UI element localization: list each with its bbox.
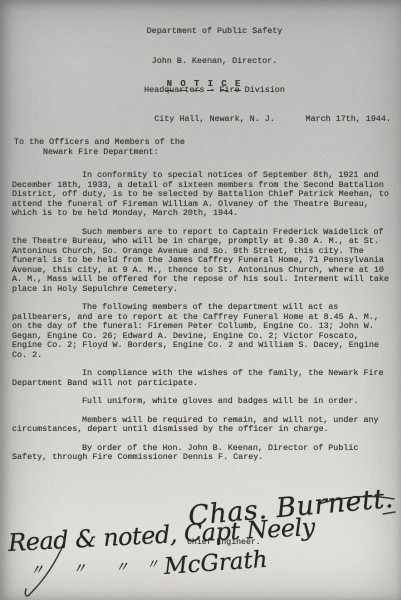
document-page: Department of Public Safety John B. Keen… (0, 0, 401, 600)
mcgrath-name: McGrath (163, 547, 268, 580)
notice-body: In conformity to special notices of Sept… (12, 171, 393, 472)
salutation-line-2: Newark Fire Department: (14, 148, 185, 158)
paragraph-band: In compliance with the wishes of the fam… (12, 369, 393, 388)
mcgrath-signature: 〃McGrath (145, 546, 268, 581)
paragraph-pallbearers: The following members of the department … (12, 303, 393, 360)
letterhead-line-2: John B. Keenan, Director. (28, 57, 401, 67)
mcgrath-ditto-mark: 〃 (145, 557, 159, 573)
ditto-marks: 〃 〃 〃 (30, 556, 142, 580)
notice-title: NOTICE (0, 79, 401, 91)
salutation: To the Officers and Members of the Newar… (14, 138, 185, 158)
notice-title-text: NOTICE (163, 79, 245, 89)
date-line: March 17th, 1944. (306, 114, 391, 124)
paragraph-detail-order: In conformity to special notices of Sept… (12, 171, 393, 219)
paragraph-by-order: By order of the Hon. John B. Keenan, Dir… (12, 444, 393, 463)
letterhead-line-1: Department of Public Safety (28, 27, 401, 37)
paragraph-remain: Members will be required to remain, and … (12, 416, 393, 435)
paragraph-report-details: Such members are to report to Captain Fr… (12, 228, 393, 295)
paragraph-uniform: Full uniform, white gloves and badges wi… (12, 397, 393, 407)
read-and-noted-signature: Read & noted, Capt Neely (7, 513, 315, 557)
